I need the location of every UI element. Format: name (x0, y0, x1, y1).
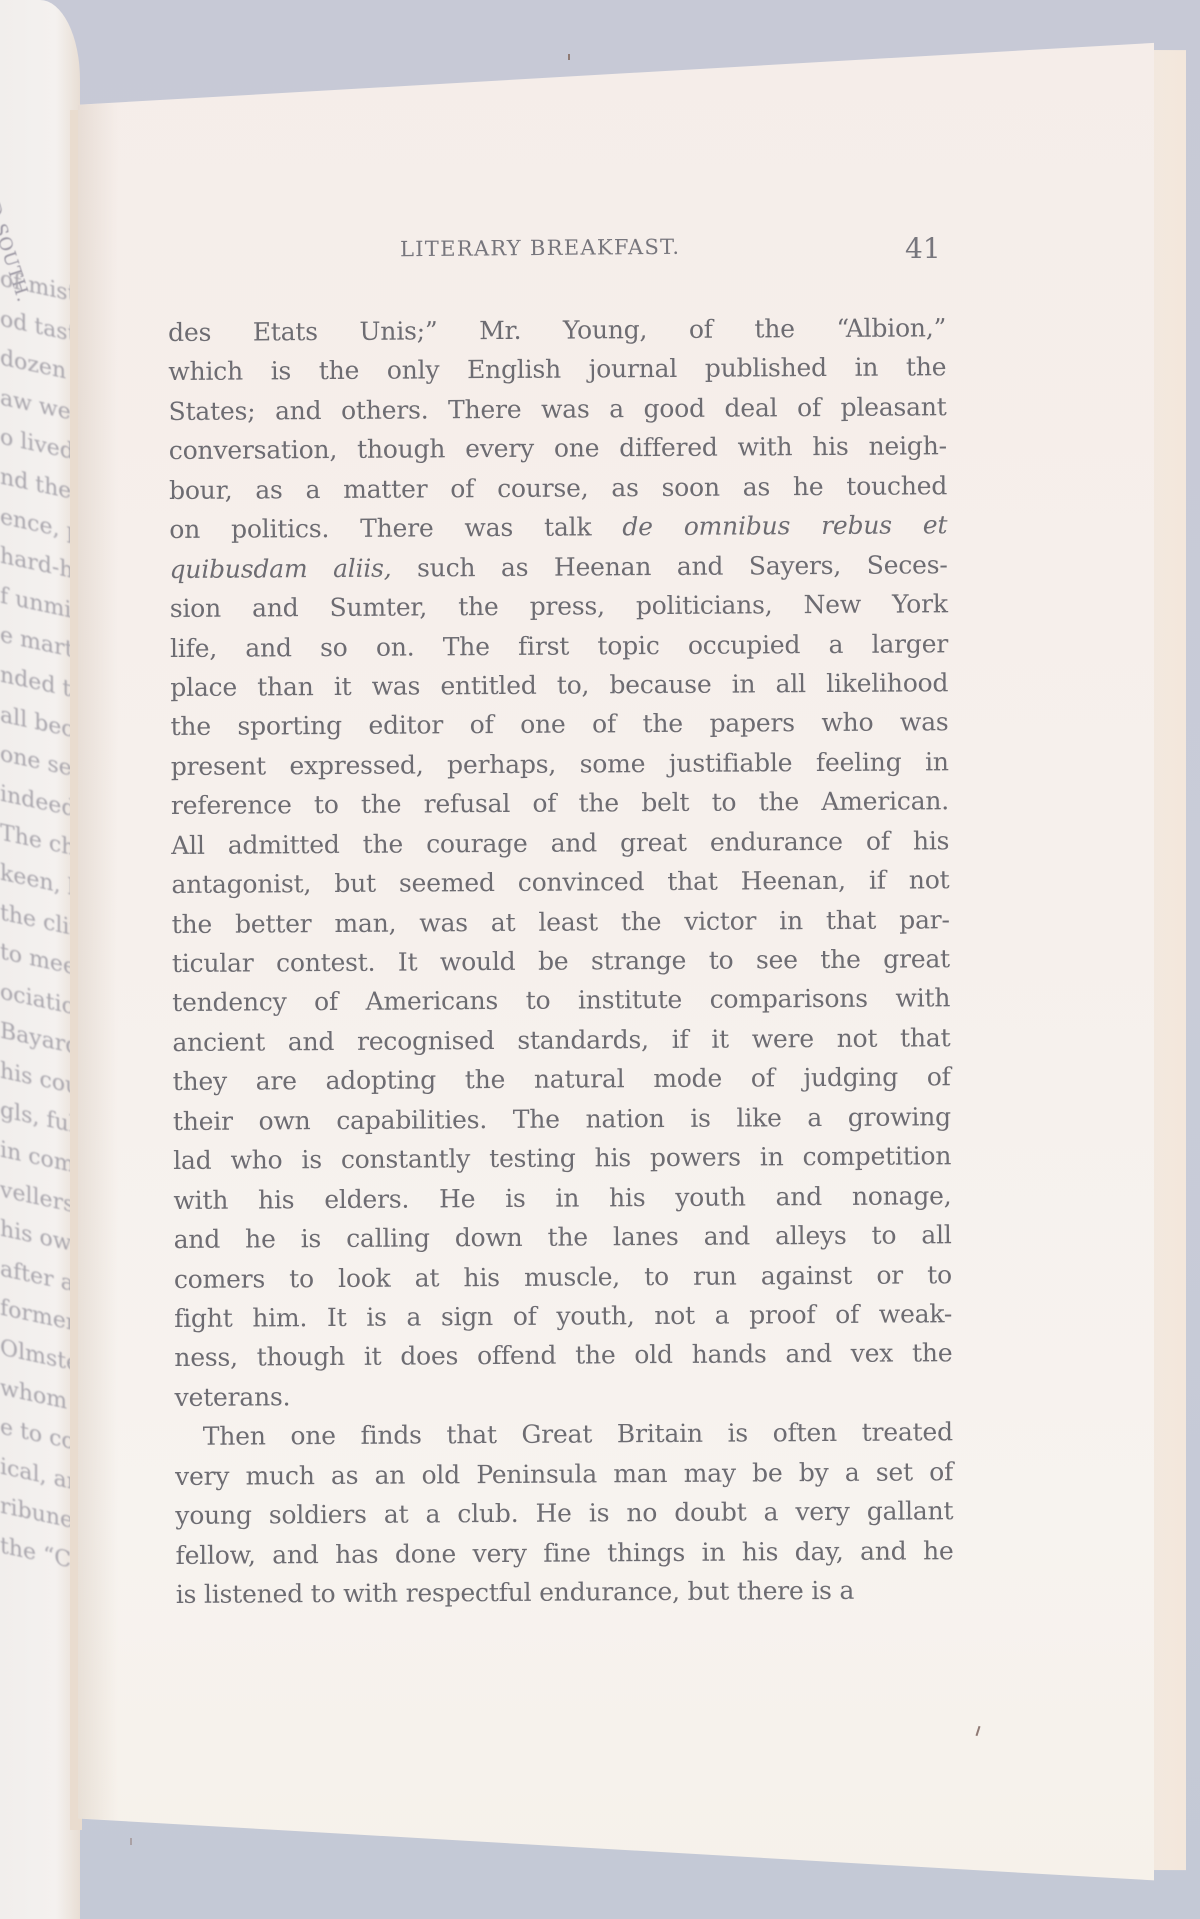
paper-speck (130, 1838, 132, 1845)
text-line: present expressed, perhaps, some justifi… (171, 742, 949, 786)
paper-speck (568, 54, 570, 60)
text-line: fellow, and has done very fine things in… (175, 1531, 953, 1575)
text-line: bour, as a matter of course, as soon as … (169, 466, 947, 510)
text-line: which is the only English journal publis… (168, 348, 946, 392)
text-line: des Etats Unis;” Mr. Young, of the “Albi… (168, 308, 946, 352)
text-line: the better man, was at least the victor … (172, 900, 950, 944)
text-line: place than it was entitled to, because i… (170, 663, 948, 707)
text-line: their own capabilities. The nation is li… (173, 1097, 951, 1141)
text-line: is listened to with respectful endurance… (176, 1570, 954, 1614)
text-line: ancient and recognised standards, if it … (172, 1018, 950, 1062)
page-number: 41 (905, 232, 941, 265)
text-line: conversation, though every one differed … (169, 427, 947, 471)
italic-latin-phrase: de omnibus rebus et (622, 510, 947, 541)
facing-left-page: D SOUTH. of mistaking cood taste. Takedo… (0, 0, 80, 1919)
text-line: with his elders. He is in his youth and … (173, 1176, 951, 1220)
text-line: ness, though it does offend the old hand… (174, 1334, 952, 1378)
gutter-shadow (78, 26, 118, 1901)
italic-latin-phrase: quibusdam aliis, (169, 553, 391, 583)
text-line: and he is calling down the lanes and all… (174, 1215, 952, 1259)
text-line: the sporting editor of one of the papers… (170, 703, 948, 747)
text-line: life, and so on. The first topic occupie… (170, 624, 948, 668)
text-line: sion and Sumter, the press, politicians,… (170, 584, 948, 628)
text-line: quibusdam aliis, such as Heenan and Saye… (169, 545, 947, 589)
facing-page-text: of mistaking cood taste. Takedozen or mo… (0, 268, 80, 1575)
body-text: des Etats Unis;” Mr. Young, of the “Albi… (168, 308, 954, 1614)
text-line: antagonist, but seemed convinced that He… (171, 860, 949, 904)
text-line: All admitted the courage and great endur… (171, 821, 949, 865)
text-line: on politics. There was talk de omnibus r… (169, 505, 947, 549)
text-run: on politics. There was talk (169, 512, 622, 544)
text-line: very much as an old Peninsula man may be… (175, 1452, 953, 1496)
text-line: fight him. It is a sign of youth, not a … (174, 1294, 952, 1338)
running-head: LITERARY BREAKFAST. (400, 235, 680, 261)
text-line: States; and others. There was a good dea… (168, 387, 946, 431)
text-run: such as Heenan and Sayers, Seces- (391, 550, 947, 582)
text-line: reference to the refusal of the belt to … (171, 781, 949, 825)
text-line: comers to look at his muscle, to run aga… (174, 1255, 952, 1299)
text-line: veterans. (175, 1373, 953, 1417)
text-line: lad who is constantly testing his powers… (173, 1136, 951, 1180)
text-line: young soldiers at a club. He is no doubt… (175, 1491, 953, 1535)
text-line: they are adopting the natural mode of ju… (173, 1058, 951, 1102)
text-line: ticular contest. It would be strange to … (172, 939, 950, 983)
text-line: Then one finds that Great Britain is oft… (175, 1412, 953, 1456)
text-line: tendency of Americans to institute compa… (172, 979, 950, 1023)
